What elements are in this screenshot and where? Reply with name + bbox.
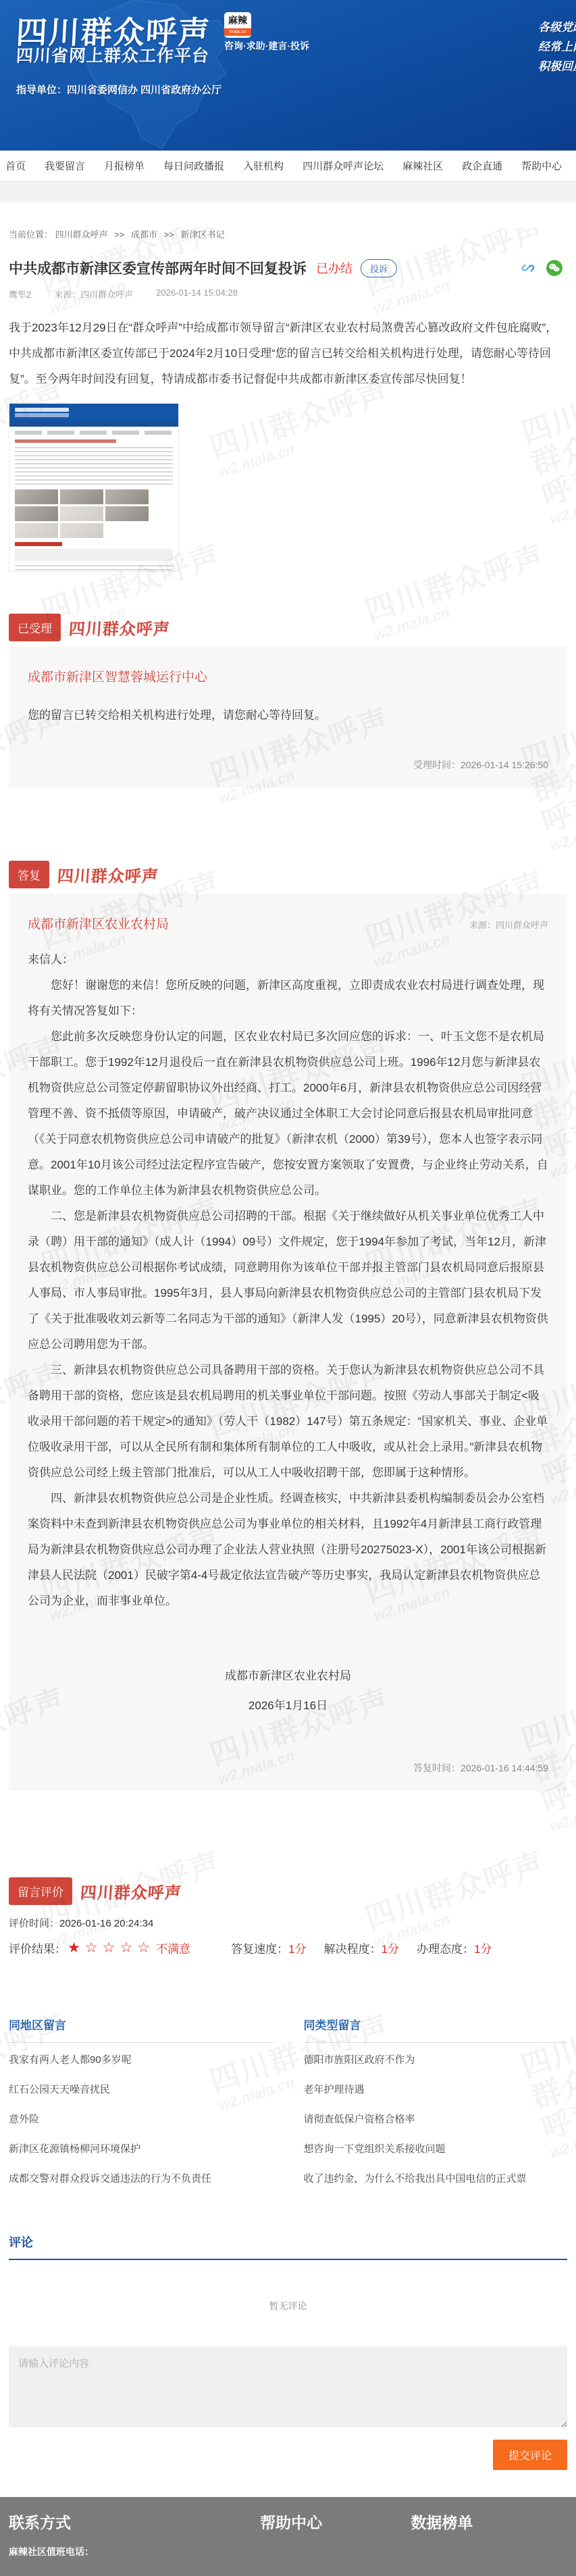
watermark-line2: w2.mala.cn — [371, 244, 554, 317]
site-subtitle: 四川省网上群众工作平台 — [16, 43, 210, 67]
rating-metric: 办理态度：1分 — [417, 1943, 492, 1956]
breadcrumb-label: 当前位置： — [9, 230, 53, 240]
watermark-line2: w2.mala.cn — [548, 815, 576, 855]
footer-rank-title: 数据榜单 — [411, 2511, 567, 2533]
footer-phone-label: 麻辣社区值班电话： — [9, 2545, 260, 2558]
related-local-title: 同地区留言 — [9, 2016, 273, 2033]
mala-app-icon[interactable]: 麻辣 mala.cn — [224, 12, 251, 38]
copy-link-icon[interactable] — [520, 260, 536, 276]
nav-item[interactable]: 麻辣社区 — [402, 159, 443, 173]
footer-contact-column: 联系方式 麻辣社区值班电话： — [9, 2511, 260, 2558]
reply-paragraph: 您好！谢谢您的来信！您所反映的问题，新津区高度重视，立即责成农业农村局进行调查处… — [28, 973, 548, 1024]
thumb-graybox — [15, 549, 173, 561]
header-slogan-line: 各级党政 — [538, 18, 576, 37]
star-rating: ★☆☆☆☆ — [68, 1939, 155, 1956]
related-type-title: 同类型留言 — [304, 2016, 568, 2033]
page: 四川群众呼声 四川省网上群众工作平台 麻辣 mala.cn 咨询·求助·建言·投… — [0, 0, 576, 2576]
reply-signature: 成都市新津区农业农村局 2026年1月16日 — [28, 1661, 548, 1721]
header-slogans: 各级党政经常上网积极回应 — [538, 18, 576, 76]
nav-item[interactable]: 四川群众呼声论坛 — [303, 159, 384, 173]
main-nav: 首页我要留言月报榜单每日问政播报入驻机构四川群众呼声论坛麻辣社区政企直通帮助中心 — [0, 151, 576, 182]
status-badge: 已办结 — [316, 259, 352, 277]
post-meta: 鹰隼2 来源：四川群众呼声 2026-01-14 15:04:28 — [9, 288, 567, 300]
page-footer: 联系方式 麻辣社区值班电话： 帮助中心 数据榜单 — [0, 2497, 576, 2576]
post-title-row: 中共成都市新津区委宣传部两年时间不回复投诉 已办结 投诉 — [9, 258, 567, 278]
accepted-badge: 已受理 — [9, 614, 61, 641]
related-item[interactable]: 请彻查低保户资格合格率 — [304, 2105, 568, 2135]
accepted-section-header: 已受理 四川群众呼声 — [9, 614, 567, 641]
related-local-column: 同地区留言 我家有两人老人都90多岁呢红石公园天天噪音扰民意外险新津区花源镇杨柳… — [9, 2016, 273, 2194]
nav-item[interactable]: 我要留言 — [45, 159, 85, 173]
signature-date: 2026年1月16日 — [28, 1691, 548, 1721]
reply-box: 成都市新津区农业农村局 来源：四川群众呼声 来信人： 您好！谢谢您的来信！您所反… — [9, 894, 567, 1791]
nav-item[interactable]: 每日问政播报 — [163, 159, 224, 173]
page-gap — [0, 182, 576, 202]
rating-result-text: 不满意 — [156, 1939, 190, 1956]
site-header: 四川群众呼声 四川省网上群众工作平台 麻辣 mala.cn 咨询·求助·建言·投… — [0, 0, 576, 151]
nav-item[interactable]: 月报榜单 — [104, 159, 145, 173]
reply-paragraph: 四、新津县农机物资供应总公司是企业性质。经调查核实，中共新津县委机构编制委员会办… — [28, 1486, 548, 1614]
reply-paragraph: 您此前多次反映您身份认定的问题，区农业农村局已多次回应您的诉求：一、叶玉文您不是… — [28, 1024, 548, 1204]
watermark-line2: w2.mala.cn — [216, 408, 398, 481]
post-body: 我于2023年12月29日在“群众呼声”中给成都市领导留言“新津区农业农村局煞费… — [9, 315, 567, 392]
accepted-time: 受理时间：2026-01-14 15:26:50 — [28, 758, 548, 772]
metric-value: 1分 — [382, 1943, 399, 1956]
reply-source: 来源：四川群众呼声 — [469, 918, 548, 931]
wechat-share-icon[interactable] — [546, 259, 563, 277]
reply-body: 您好！谢谢您的来信！您所反映的问题，新津区高度重视，立即责成农业农村局进行调查处… — [28, 973, 548, 1614]
watermark-line1: 四川群众呼声 — [518, 395, 576, 512]
watermark: 四川群众呼声w2.mala.cn — [518, 395, 576, 528]
rating-time: 评价时间：2026-01-16 20:24:34 — [9, 1916, 567, 1930]
related-item[interactable]: 意外险 — [9, 2105, 273, 2135]
reply-paragraph: 三、新津县农机物资供应总公司具备聘用干部的资格。关于您认为新津县农机物资供应总公… — [28, 1358, 548, 1486]
rating-result-row: 评价结果： ★☆☆☆☆ 不满意 答复速度：1分解决程度：1分办理态度：1分 — [9, 1939, 567, 1956]
metric-label: 办理态度： — [417, 1943, 474, 1956]
attachment-thumbnail[interactable] — [9, 403, 179, 572]
related-item[interactable]: 我家有两人老人都90多岁呢 — [9, 2045, 273, 2075]
breadcrumb-separator: >> — [114, 230, 124, 240]
share-icons — [520, 259, 567, 277]
related-item[interactable]: 想咨询一下党组织关系接收问题 — [304, 2135, 568, 2164]
nav-item[interactable]: 首页 — [5, 159, 26, 173]
related-item[interactable]: 成都交警对群众投诉交通违法的行为不负责任 — [9, 2164, 273, 2194]
brand-logo-text: 四川群众呼声 — [57, 863, 159, 886]
reply-salutation: 来信人： — [28, 947, 548, 973]
thumb-breadcrumb — [15, 431, 173, 435]
reply-time: 答复时间：2026-01-16 14:44:59 — [28, 1761, 548, 1775]
nav-item[interactable]: 帮助中心 — [521, 159, 562, 173]
footer-contact-title: 联系方式 — [9, 2511, 260, 2533]
footer-rank-column: 数据榜单 — [411, 2511, 567, 2558]
thumb-text-lines — [15, 565, 173, 572]
related-item[interactable]: 老年护理待遇 — [304, 2075, 568, 2105]
thumb-title-line — [15, 439, 116, 443]
metric-value: 1分 — [474, 1943, 492, 1956]
breadcrumb-separator: >> — [164, 230, 174, 240]
thumb-badge-line — [15, 542, 62, 546]
watermark: 四川群众呼声w2.mala.cn — [207, 377, 399, 481]
related-item[interactable]: 德阳市旌阳区政府不作为 — [304, 2045, 568, 2075]
post-author: 鹰隼2 — [9, 288, 31, 300]
footer-help-column: 帮助中心 — [260, 2511, 411, 2558]
breadcrumb-link-home[interactable]: 四川群众呼声 — [55, 230, 108, 240]
watermark-line2: w2.mala.cn — [47, 244, 230, 317]
reply-badge: 答复 — [9, 861, 49, 888]
accepted-content: 您的留言已转交给相关机构进行处理，请您耐心等待回复。 — [28, 703, 548, 728]
thumb-nav — [9, 421, 178, 427]
signature-org: 成都市新津区农业农村局 — [28, 1661, 548, 1691]
rating-result-label: 评价结果： — [9, 1939, 66, 1956]
page-title: 中共成都市新津区委宣传部两年时间不回复投诉 — [9, 258, 307, 278]
rating-metric: 答复速度：1分 — [231, 1943, 306, 1956]
rating-badge: 留言评价 — [9, 1877, 72, 1905]
nav-item[interactable]: 入驻机构 — [243, 159, 284, 173]
rating-metrics: 答复速度：1分解决程度：1分办理态度：1分 — [208, 1939, 492, 1956]
watermark-line2: w2.mala.cn — [548, 1795, 576, 1835]
metric-label: 答复速度： — [231, 1943, 288, 1956]
footer-help-title: 帮助中心 — [260, 2511, 411, 2533]
no-comments-text: 暂无评论 — [9, 2299, 567, 2313]
related-item[interactable]: 收了违约金，为什么不给我出具中国电信的正式票 — [304, 2164, 568, 2194]
brand-logo-text: 四川群众呼声 — [68, 616, 171, 639]
nav-item[interactable]: 政企直通 — [462, 159, 502, 173]
header-slogan-line: 积极回应 — [538, 57, 576, 76]
reply-section-header: 答复 四川群众呼声 — [9, 861, 567, 888]
breadcrumb-link-city[interactable]: 成都市 — [131, 230, 157, 240]
thumb-image-grid — [15, 489, 173, 538]
related-lists: 同地区留言 我家有两人老人都90多岁呢红石公园天天噪音扰民意外险新津区花源镇杨柳… — [9, 2016, 567, 2194]
accepted-org: 成都市新津区智慧蓉城运行中心 — [28, 667, 207, 685]
related-item[interactable]: 红石公园天天噪音扰民 — [9, 2075, 273, 2105]
comments-section: 评论 暂无评论 提交评论 — [9, 2233, 567, 2470]
related-item[interactable]: 新津区花源镇杨柳河环境保护 — [9, 2135, 273, 2164]
reply-org: 成都市新津区农业农村局 — [28, 914, 169, 932]
rating-section-header: 留言评价 四川群众呼声 — [9, 1877, 567, 1905]
brand-logo-text: 四川群众呼声 — [80, 1879, 182, 1903]
comment-input[interactable] — [9, 2346, 567, 2427]
category-pill: 投诉 — [361, 259, 397, 277]
accepted-box: 成都市新津区智慧蓉城运行中心 您的留言已转交给相关机构进行处理，请您耐心等待回复… — [9, 647, 567, 788]
watermark-line2: w2.mala.cn — [548, 488, 576, 528]
header-slogan-line: 经常上网 — [538, 37, 576, 57]
mala-icon-text: 麻辣 — [224, 12, 251, 28]
submit-comment-button[interactable]: 提交评论 — [493, 2440, 567, 2470]
post-datetime: 2026-01-14 15:04:28 — [156, 288, 238, 300]
breadcrumb-link-section[interactable]: 新津区书记 — [181, 230, 225, 240]
guide-unit-text: 指导单位：四川省委网信办 四川省政府办公厅 — [16, 82, 221, 97]
main-content: 四川群众呼声w2.mala.cn四川群众呼声w2.mala.cn四川群众呼声w2… — [0, 227, 576, 2497]
reply-paragraph: 二、您是新津县农机物资供应总公司招聘的干部。根据《关于继续做好从机关事业单位优秀… — [28, 1204, 548, 1358]
breadcrumb: 当前位置： 四川群众呼声 >> 成都市 >> 新津区书记 — [9, 227, 567, 240]
metric-value: 1分 — [288, 1943, 306, 1956]
mala-icon-domain: mala.cn — [224, 28, 251, 36]
thumb-header — [9, 404, 178, 421]
related-type-column: 同类型留言 德阳市旌阳区政府不作为老年护理待遇请彻查低保户资格合格率想咨询一下党… — [304, 2016, 568, 2194]
rating-metric: 解决程度：1分 — [324, 1943, 399, 1956]
comments-title: 评论 — [9, 2233, 567, 2260]
post-source: 来源：四川群众呼声 — [54, 288, 133, 300]
metric-label: 解决程度： — [324, 1943, 382, 1956]
header-tagline: 咨询·求助·建言·投诉 — [224, 39, 309, 53]
thumb-text-lines — [15, 447, 173, 486]
